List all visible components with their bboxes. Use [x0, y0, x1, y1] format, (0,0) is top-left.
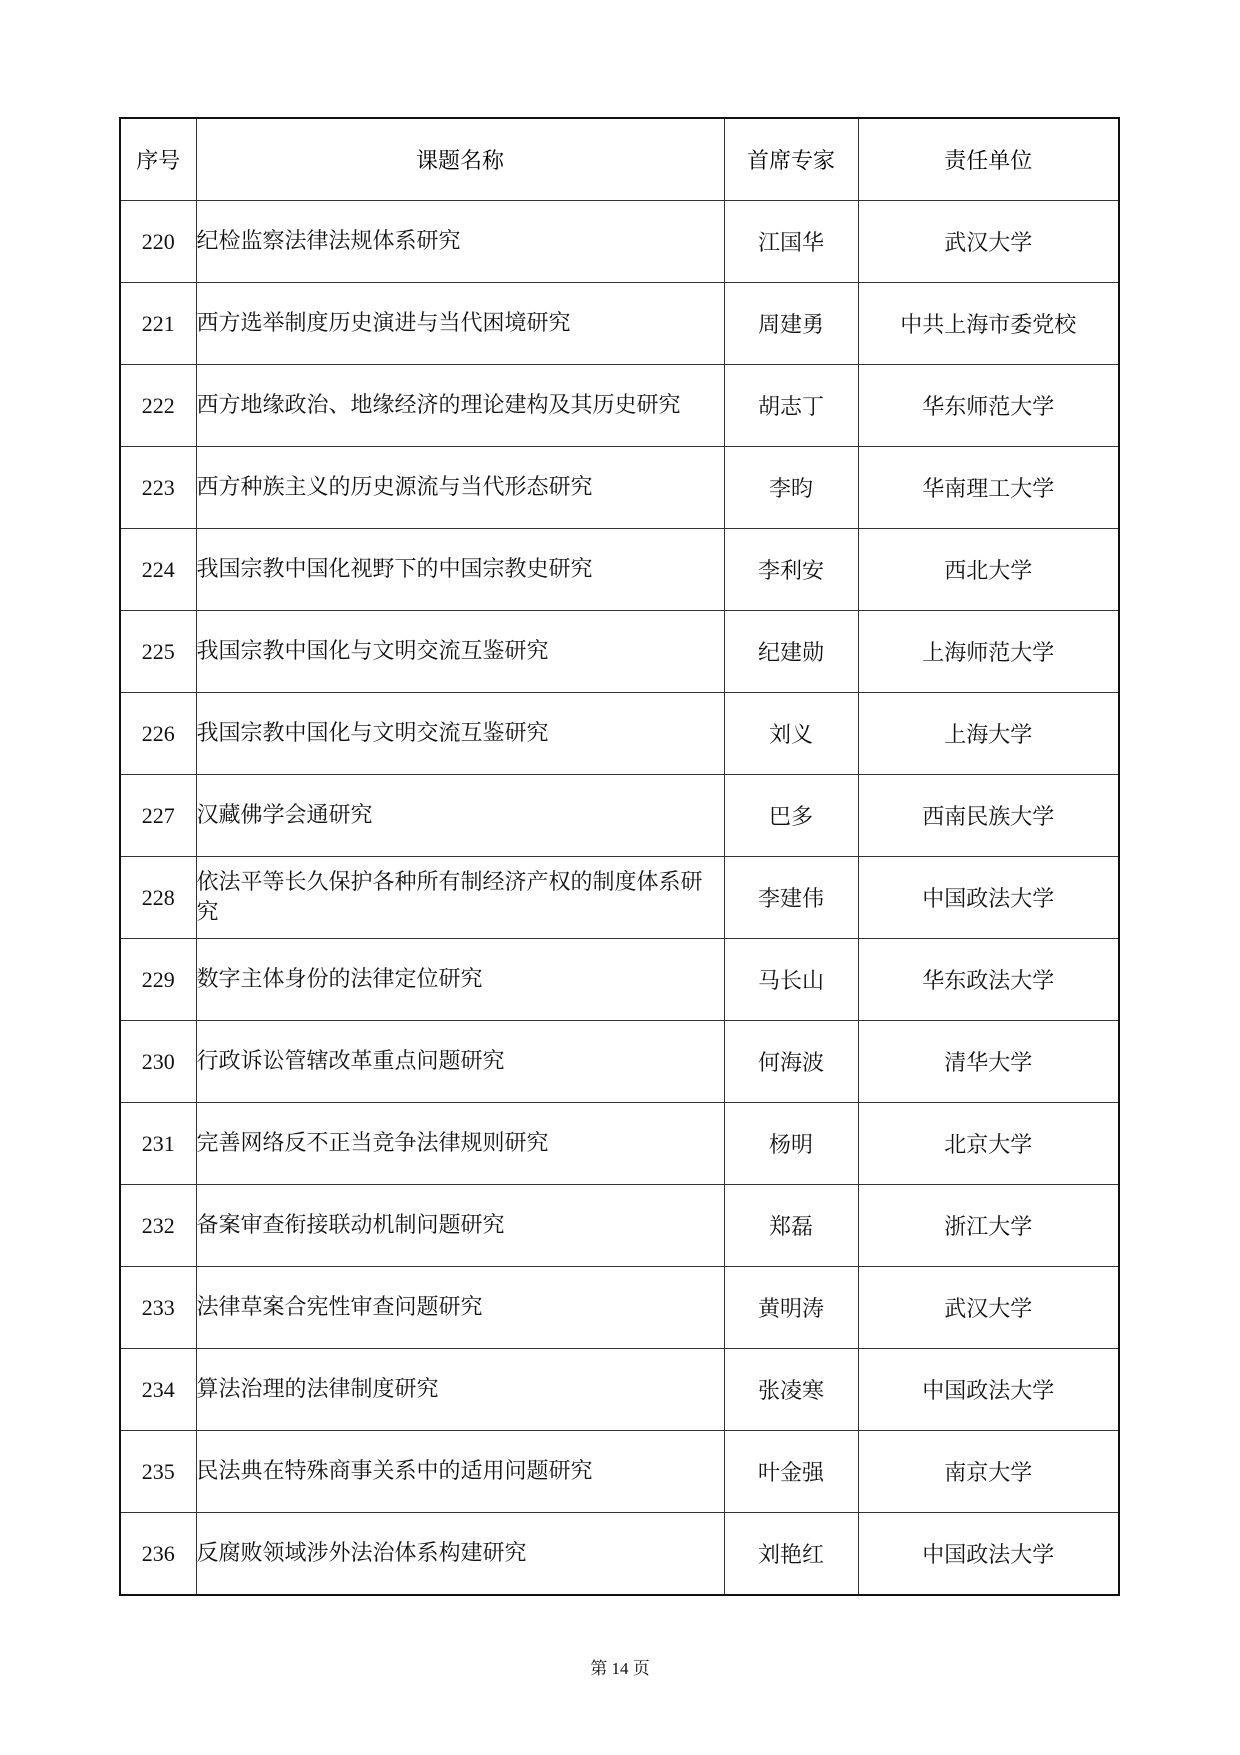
cell-project-title: 汉藏佛学会通研究	[196, 775, 724, 857]
table-row: 223西方种族主义的历史源流与当代形态研究李昀华南理工大学	[120, 447, 1119, 529]
table-row: 228依法平等长久保护各种所有制经济产权的制度体系研究李建伟中国政法大学	[120, 857, 1119, 939]
cell-responsible-unit: 华东师范大学	[858, 365, 1119, 447]
cell-chief-expert: 刘义	[724, 693, 858, 775]
cell-project-title: 纪检监察法律法规体系研究	[196, 201, 724, 283]
cell-responsible-unit: 华东政法大学	[858, 939, 1119, 1021]
cell-serial-number: 227	[120, 775, 196, 857]
cell-chief-expert: 刘艳红	[724, 1513, 858, 1596]
cell-serial-number: 225	[120, 611, 196, 693]
table-row: 231完善网络反不正当竞争法律规则研究杨明北京大学	[120, 1103, 1119, 1185]
cell-chief-expert: 纪建勋	[724, 611, 858, 693]
cell-responsible-unit: 华南理工大学	[858, 447, 1119, 529]
cell-serial-number: 221	[120, 283, 196, 365]
cell-project-title: 法律草案合宪性审查问题研究	[196, 1267, 724, 1349]
header-serial-number: 序号	[120, 118, 196, 201]
table-row: 235民法典在特殊商事关系中的适用问题研究叶金强南京大学	[120, 1431, 1119, 1513]
table-row: 220纪检监察法律法规体系研究江国华武汉大学	[120, 201, 1119, 283]
cell-chief-expert: 黄明涛	[724, 1267, 858, 1349]
cell-chief-expert: 郑磊	[724, 1185, 858, 1267]
cell-project-title: 备案审查衔接联动机制问题研究	[196, 1185, 724, 1267]
cell-responsible-unit: 中国政法大学	[858, 1513, 1119, 1596]
cell-chief-expert: 李利安	[724, 529, 858, 611]
cell-responsible-unit: 武汉大学	[858, 201, 1119, 283]
cell-serial-number: 222	[120, 365, 196, 447]
cell-serial-number: 220	[120, 201, 196, 283]
cell-chief-expert: 胡志丁	[724, 365, 858, 447]
cell-serial-number: 234	[120, 1349, 196, 1431]
cell-responsible-unit: 西北大学	[858, 529, 1119, 611]
header-responsible-unit: 责任单位	[858, 118, 1119, 201]
cell-serial-number: 233	[120, 1267, 196, 1349]
cell-chief-expert: 李建伟	[724, 857, 858, 939]
cell-project-title: 西方种族主义的历史源流与当代形态研究	[196, 447, 724, 529]
cell-project-title: 我国宗教中国化视野下的中国宗教史研究	[196, 529, 724, 611]
table-row: 224我国宗教中国化视野下的中国宗教史研究李利安西北大学	[120, 529, 1119, 611]
cell-chief-expert: 马长山	[724, 939, 858, 1021]
cell-project-title: 我国宗教中国化与文明交流互鉴研究	[196, 611, 724, 693]
cell-serial-number: 226	[120, 693, 196, 775]
cell-chief-expert: 张凌寒	[724, 1349, 858, 1431]
table-row: 226我国宗教中国化与文明交流互鉴研究刘义上海大学	[120, 693, 1119, 775]
cell-responsible-unit: 中国政法大学	[858, 857, 1119, 939]
cell-responsible-unit: 上海师范大学	[858, 611, 1119, 693]
table-row: 229数字主体身份的法律定位研究马长山华东政法大学	[120, 939, 1119, 1021]
table-row: 222西方地缘政治、地缘经济的理论建构及其历史研究胡志丁华东师范大学	[120, 365, 1119, 447]
cell-serial-number: 228	[120, 857, 196, 939]
cell-serial-number: 236	[120, 1513, 196, 1596]
cell-chief-expert: 李昀	[724, 447, 858, 529]
table-row: 227汉藏佛学会通研究巴多西南民族大学	[120, 775, 1119, 857]
cell-chief-expert: 叶金强	[724, 1431, 858, 1513]
header-chief-expert: 首席专家	[724, 118, 858, 201]
cell-responsible-unit: 清华大学	[858, 1021, 1119, 1103]
table-header-row: 序号 课题名称 首席专家 责任单位	[120, 118, 1119, 201]
cell-serial-number: 235	[120, 1431, 196, 1513]
cell-responsible-unit: 武汉大学	[858, 1267, 1119, 1349]
cell-responsible-unit: 西南民族大学	[858, 775, 1119, 857]
table-row: 230行政诉讼管辖改革重点问题研究何海波清华大学	[120, 1021, 1119, 1103]
project-table: 序号 课题名称 首席专家 责任单位 220纪检监察法律法规体系研究江国华武汉大学…	[119, 117, 1120, 1596]
header-project-title: 课题名称	[196, 118, 724, 201]
cell-project-title: 西方选举制度历史演进与当代困境研究	[196, 283, 724, 365]
cell-chief-expert: 巴多	[724, 775, 858, 857]
cell-serial-number: 223	[120, 447, 196, 529]
cell-project-title: 数字主体身份的法律定位研究	[196, 939, 724, 1021]
cell-responsible-unit: 浙江大学	[858, 1185, 1119, 1267]
cell-project-title: 反腐败领域涉外法治体系构建研究	[196, 1513, 724, 1596]
page-number: 第 14 页	[0, 1654, 1240, 1679]
table-row: 221西方选举制度历史演进与当代困境研究周建勇中共上海市委党校	[120, 283, 1119, 365]
cell-project-title: 我国宗教中国化与文明交流互鉴研究	[196, 693, 724, 775]
document-page: 序号 课题名称 首席专家 责任单位 220纪检监察法律法规体系研究江国华武汉大学…	[0, 0, 1240, 1755]
cell-project-title: 民法典在特殊商事关系中的适用问题研究	[196, 1431, 724, 1513]
cell-project-title: 依法平等长久保护各种所有制经济产权的制度体系研究	[196, 857, 724, 939]
cell-project-title: 算法治理的法律制度研究	[196, 1349, 724, 1431]
cell-responsible-unit: 中共上海市委党校	[858, 283, 1119, 365]
table-row: 232备案审查衔接联动机制问题研究郑磊浙江大学	[120, 1185, 1119, 1267]
table-row: 233法律草案合宪性审查问题研究黄明涛武汉大学	[120, 1267, 1119, 1349]
table-row: 225我国宗教中国化与文明交流互鉴研究纪建勋上海师范大学	[120, 611, 1119, 693]
cell-serial-number: 230	[120, 1021, 196, 1103]
cell-responsible-unit: 中国政法大学	[858, 1349, 1119, 1431]
cell-serial-number: 229	[120, 939, 196, 1021]
cell-chief-expert: 周建勇	[724, 283, 858, 365]
table-row: 234算法治理的法律制度研究张凌寒中国政法大学	[120, 1349, 1119, 1431]
table-body: 220纪检监察法律法规体系研究江国华武汉大学221西方选举制度历史演进与当代困境…	[120, 201, 1119, 1596]
cell-serial-number: 224	[120, 529, 196, 611]
cell-serial-number: 232	[120, 1185, 196, 1267]
cell-project-title: 完善网络反不正当竞争法律规则研究	[196, 1103, 724, 1185]
cell-project-title: 西方地缘政治、地缘经济的理论建构及其历史研究	[196, 365, 724, 447]
cell-project-title: 行政诉讼管辖改革重点问题研究	[196, 1021, 724, 1103]
cell-responsible-unit: 北京大学	[858, 1103, 1119, 1185]
cell-chief-expert: 杨明	[724, 1103, 858, 1185]
cell-serial-number: 231	[120, 1103, 196, 1185]
cell-chief-expert: 江国华	[724, 201, 858, 283]
cell-responsible-unit: 上海大学	[858, 693, 1119, 775]
cell-responsible-unit: 南京大学	[858, 1431, 1119, 1513]
table-row: 236反腐败领域涉外法治体系构建研究刘艳红中国政法大学	[120, 1513, 1119, 1596]
cell-chief-expert: 何海波	[724, 1021, 858, 1103]
